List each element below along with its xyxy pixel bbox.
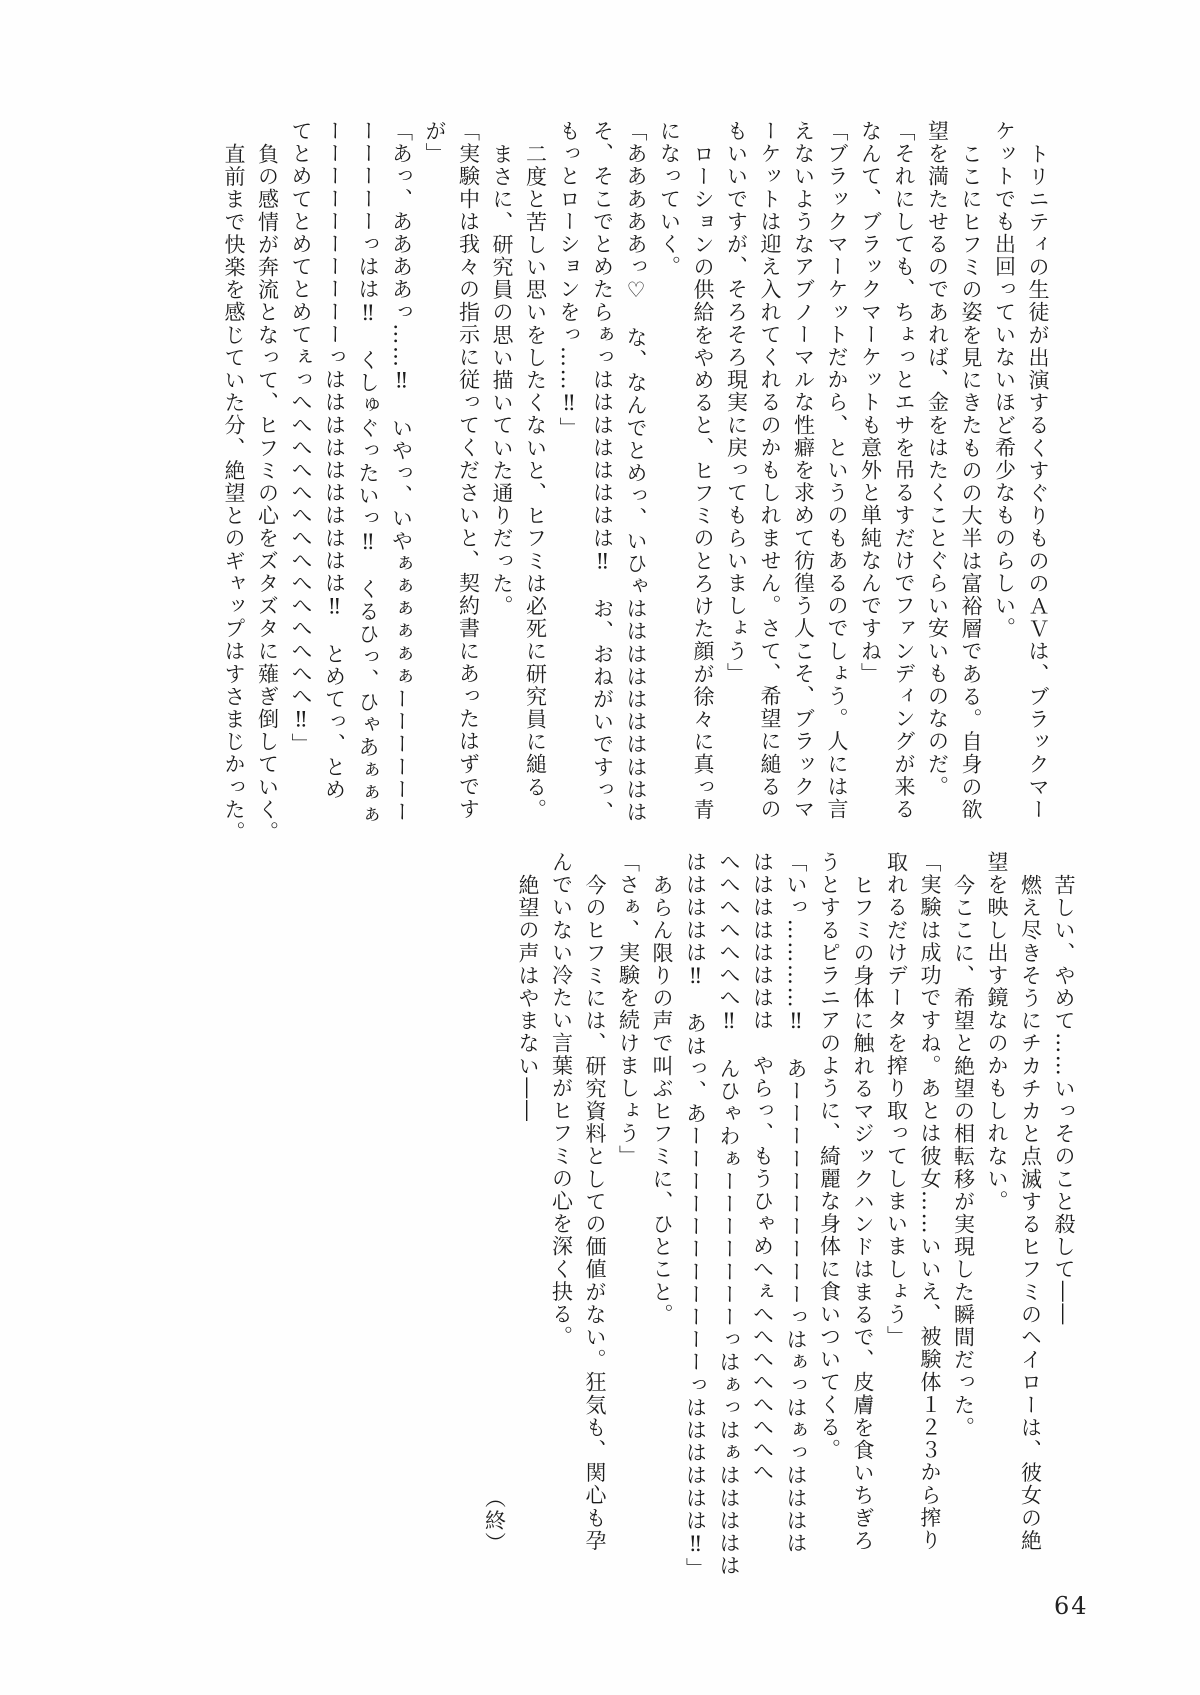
text-column: ーケットは迎え入れてくれるのかもしれません。さて、希望に縋るの xyxy=(753,120,787,834)
text-column: 「ブラックマーケットだから、というのもあるのでしょう。人には言 xyxy=(820,120,854,834)
text-column: 「あああああっ♡ な、なんでとめっ、いひゃはははははははははは xyxy=(619,120,653,834)
text-column: になっていく。 xyxy=(652,120,686,834)
text-column: なんて、ブラックマーケットも意外と単純なんですね」 xyxy=(853,120,887,834)
lower-text-block: 苦しい、やめて……いっそのこと殺して―― 燃え尽きそうにチカチカと点滅するヒフミ… xyxy=(477,851,1080,1567)
text-column: 絶望の声はやまない―― xyxy=(511,851,545,1567)
page-number: 64 xyxy=(1054,1592,1089,1620)
upper-text-block: トリニティの生徒が出演するくすぐりもののＡＶは、ブラックマー ケットでも出回って… xyxy=(217,120,1055,834)
text-column: 取れるだけデータを搾り取ってしまいましょう」 xyxy=(879,851,913,1567)
text-column: ーーーーーっはは‼ くしゅぐったいっ‼ くるひっ、ひゃあぁぁぁ xyxy=(351,120,385,834)
text-column: ケットでも出回っていないほど希少なものらしい。 xyxy=(987,120,1021,834)
text-column: が」 xyxy=(418,120,452,834)
text-column: 燃え尽きそうにチカチカと点滅するヒフミのヘイローは、彼女の絶 xyxy=(1013,851,1047,1567)
text-column: 「あっ、ああああっ……‼ いやっ、いやぁぁぁぁぁぁーーーーーー xyxy=(384,120,418,834)
text-column: トリニティの生徒が出演するくすぐりもののＡＶは、ブラックマー xyxy=(1021,120,1055,834)
text-column: もっとローションをっ……‼」 xyxy=(552,120,586,834)
text-column: 二度と苦しい思いをしたくないと、ヒフミは必死に研究員に縋る。 xyxy=(518,120,552,834)
text-column: ーーーーーーーーーーっはははははははははは‼ とめてっ、とめ xyxy=(317,120,351,834)
text-column: ここにヒフミの姿を見にきたものの大半は富裕層である。自身の欲 xyxy=(954,120,988,834)
end-mark: （終） xyxy=(477,851,511,1567)
text-column: えないようなアブノーマルな性癖を求めて彷徨う人こそ、ブラックマ xyxy=(786,120,820,834)
text-column: 今のヒフミには、研究資料としての価値がない。狂気も、関心も孕 xyxy=(578,851,612,1567)
text-column: ははははは‼ あはっ、あーーーーーーーーーーーっはははははは‼」 xyxy=(678,851,712,1567)
text-column: 「実験中は我々の指示に従ってくださいと、契約書にあったはずです xyxy=(451,120,485,834)
text-column: 望を満たせるのであれば、金をはたくことぐらい安いものなのだ。 xyxy=(920,120,954,834)
text-column: んでいない冷たい言葉がヒフミの心を深く抉る。 xyxy=(544,851,578,1567)
text-column: 「実験は成功ですね。あとは彼女……いいえ、被験体１２３から搾り xyxy=(913,851,947,1567)
text-column: そ、そこでとめたらぁっはははははははは‼ お、おねがいですっ、 xyxy=(585,120,619,834)
text-column: 直前まで快楽を感じていた分、絶望とのギャップはすさまじかった。 xyxy=(217,120,251,834)
text-column: 「いっ…………‼ あーーーーーーーーーーっはぁっはぁっはははは xyxy=(779,851,813,1567)
text-column: へへへへへへへ‼ んひゃわぁーーーーーーーっはぁっはぁははははは xyxy=(712,851,746,1567)
text-column: 「さぁ、実験を続けましょう」 xyxy=(611,851,645,1567)
text-column: 苦しい、やめて……いっそのこと殺して―― xyxy=(1047,851,1081,1567)
text-column: 望を映し出す鏡なのかもしれない。 xyxy=(980,851,1014,1567)
text-column: 今ここに、希望と絶望の相転移が実現した瞬間だった。 xyxy=(946,851,980,1567)
text-column: まさに、研究員の思い描いていた通りだった。 xyxy=(485,120,519,834)
novel-page: トリニティの生徒が出演するくすぐりもののＡＶは、ブラックマー ケットでも出回って… xyxy=(0,0,1200,1695)
text-column: ヒフミの身体に触れるマジックハンドはまるで、皮膚を食いちぎろ xyxy=(846,851,880,1567)
text-column: ローションの供給をやめると、ヒフミのとろけた顔が徐々に真っ青 xyxy=(686,120,720,834)
text-column: 「それにしても、ちょっとエサを吊るすだけでファンディングが来る xyxy=(887,120,921,834)
text-column: もいいですが、そろそろ現実に戻ってもらいましょう」 xyxy=(719,120,753,834)
text-column: うとするピラニアのように、綺麗な身体に食いついてくる。 xyxy=(812,851,846,1567)
text-column: 負の感情が奔流となって、ヒフミの心をズタズタに薙ぎ倒していく。 xyxy=(250,120,284,834)
text-column: てとめてとめてとめてぇっへへへへへへへへへへへへへへ‼」 xyxy=(284,120,318,834)
text-column: あらん限りの声で叫ぶヒフミに、ひとこと。 xyxy=(645,851,679,1567)
text-column: はははははははは やらっ、もうひゃめへぇへへへへへへへへ xyxy=(745,851,779,1567)
